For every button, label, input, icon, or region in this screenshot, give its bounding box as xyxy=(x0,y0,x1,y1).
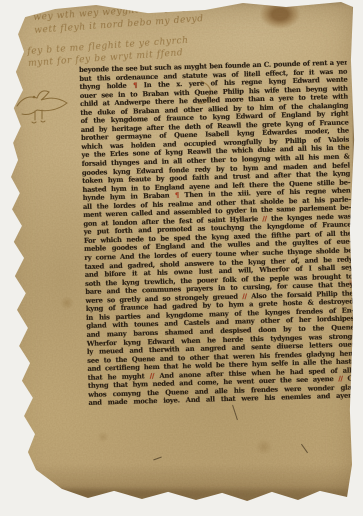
right-edge-shadow xyxy=(353,6,355,497)
paper-fiber xyxy=(153,456,162,460)
rubric-mark: // xyxy=(338,375,343,383)
rubric-mark: ¶ xyxy=(133,81,137,89)
annotation-line: wey wth wey weyght no by-wyll xyxy=(33,0,243,25)
paper-fiber xyxy=(301,444,308,454)
rubric-mark: // xyxy=(150,372,155,380)
printed-text-block: beyonde the see but such as myght ben fo… xyxy=(79,59,356,408)
handwritten-annotation-top: wey wth wey weyght no by-wyllwett fleyh … xyxy=(33,0,244,38)
bottom-crease-streak xyxy=(13,489,348,498)
fox-spot xyxy=(255,440,273,454)
fox-spot xyxy=(97,432,109,442)
rubric-mark: // xyxy=(242,292,247,300)
bottom-fold-shadow xyxy=(5,463,358,505)
fox-spot xyxy=(60,297,74,309)
paper-fiber xyxy=(232,405,238,421)
annotation-line: wett fleyh it nord bebo my devyd xyxy=(34,10,244,38)
ink-stain-top-right xyxy=(257,0,305,34)
annotation-line: fey b te me fleghit te ye chyrch xyxy=(27,33,212,58)
manuscript-page: wey wth wey weyght no by-wyllwett fleyh … xyxy=(5,2,358,505)
scanned-manuscript-leaf: wey wth wey weyght no by-wyllwett fleyh … xyxy=(0,0,363,516)
rubric-mark: // xyxy=(262,215,267,223)
bird-doodle-icon xyxy=(11,80,75,132)
rubric-mark: ¶ xyxy=(175,191,179,199)
